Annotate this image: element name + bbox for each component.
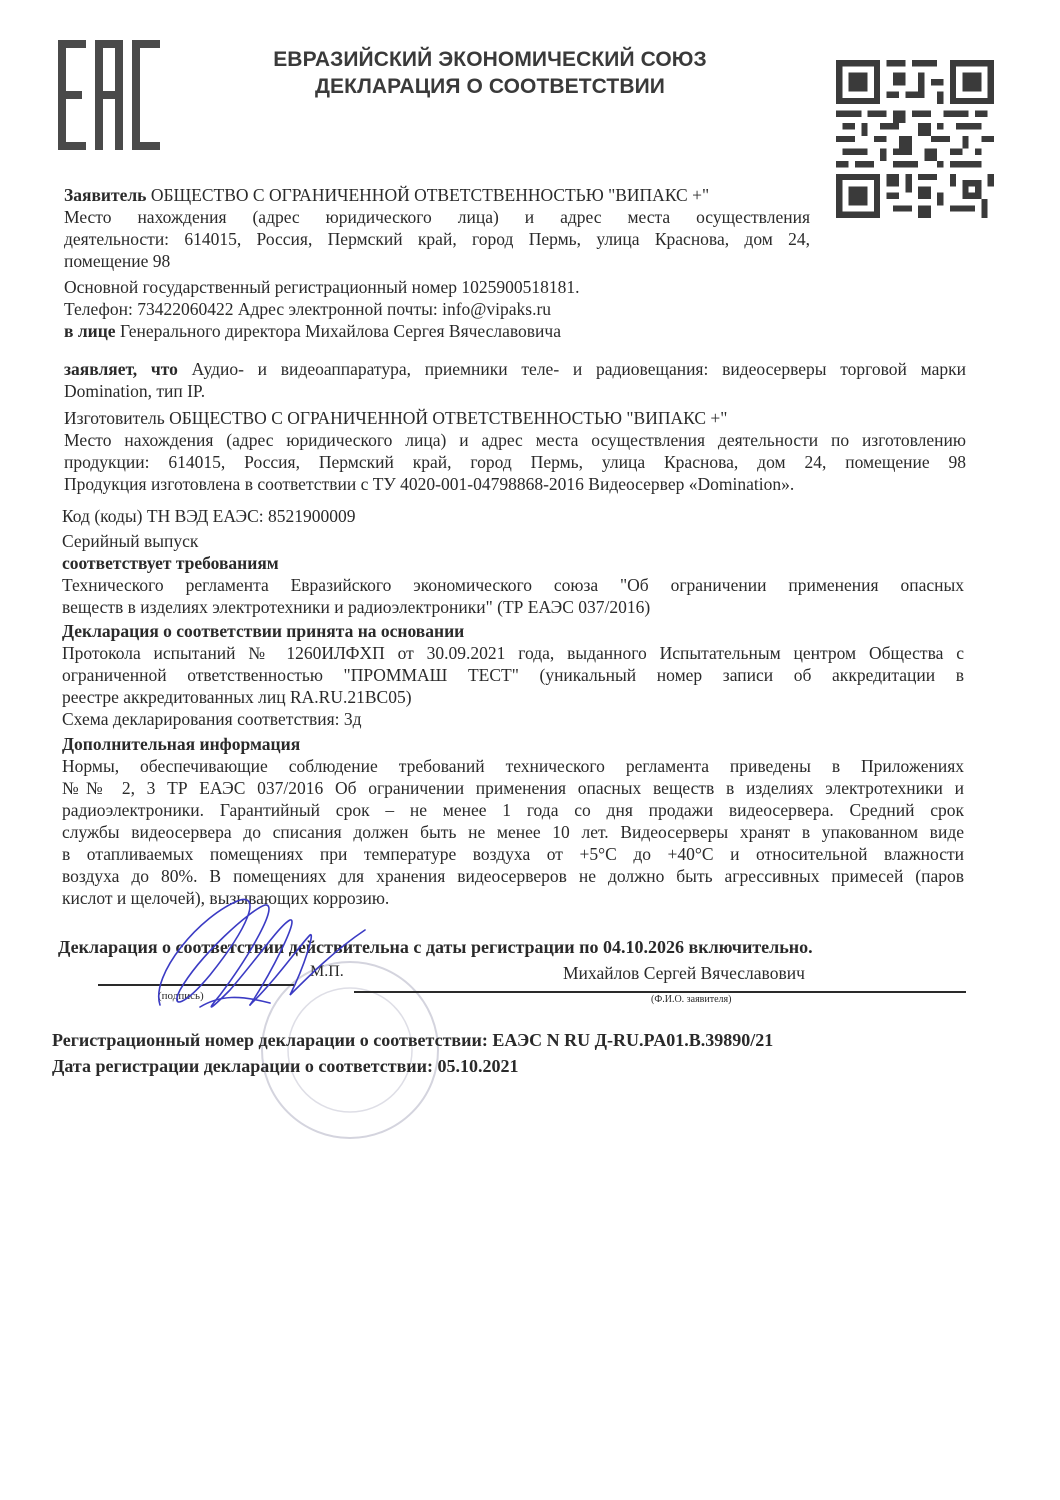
declares-section: заявляет, что Аудио- и видеоаппаратура, … <box>64 358 966 495</box>
declaration-scheme: Схема декларирования соответствия: 3д <box>62 708 964 730</box>
signature-icon <box>140 895 370 1015</box>
additional-line: Нормы, обеспечивающие соблюдение требова… <box>62 755 964 777</box>
declares-line1: заявляет, что Аудио- и видеоаппаратура, … <box>64 358 966 380</box>
applicant-name: ОБЩЕСТВО С ОГРАНИЧЕННОЙ ОТВЕТСТВЕННОСТЬЮ… <box>151 185 709 205</box>
applicant-section: Заявитель ОБЩЕСТВО С ОГРАНИЧЕННОЙ ОТВЕТС… <box>64 184 810 342</box>
name-caption: (Ф.И.О. заявителя) <box>651 994 731 1005</box>
signer-name: Михайлов Сергей Вячеславович <box>563 963 805 984</box>
applicant-name-line: Заявитель ОБЩЕСТВО С ОГРАНИЧЕННОЙ ОТВЕТС… <box>64 184 810 206</box>
requirements-line2: веществ в изделиях электротехники и ради… <box>62 596 964 618</box>
applicant-address-line2: деятельности: 614015, Россия, Пермский к… <box>64 228 810 250</box>
tnved-code: Код (коды) ТН ВЭД ЕАЭС: 8521900009 <box>62 505 964 527</box>
represented-label: в лице <box>64 321 116 341</box>
applicant-ogrn: Основной государственный регистрационный… <box>64 276 810 298</box>
union-title: ЕВРАЗИЙСКИЙ ЭКОНОМИЧЕСКИЙ СОЮЗ <box>240 46 740 73</box>
basis-line1: Протокола испытаний № 1260ИЛФХП от 30.09… <box>62 642 964 664</box>
requirements-line1: Технического регламента Евразийского эко… <box>62 574 964 596</box>
basis-line3: реестре аккредитованных лиц RA.RU.21ВС05… <box>62 686 964 708</box>
product-line2: Domination, тип IP. <box>64 380 966 402</box>
declaration-title: ДЕКЛАРАЦИЯ О СООТВЕТСТВИИ <box>240 73 740 100</box>
applicant-represented-line: в лице Генерального директора Михайлова … <box>64 320 810 342</box>
requirements-heading: соответствует требованиям <box>62 552 964 574</box>
name-line <box>354 991 966 993</box>
registration-section: Регистрационный номер декларации о соотв… <box>52 1027 773 1079</box>
document-header: ЕВРАЗИЙСКИЙ ЭКОНОМИЧЕСКИЙ СОЮЗ ДЕКЛАРАЦИ… <box>240 46 740 100</box>
basis-line2: ограниченной ответственностью "ПРОММАШ Т… <box>62 664 964 686</box>
basis-heading: Декларация о соответствии принята на осн… <box>62 620 964 642</box>
manufacturer-address-line2: продукции: 614015, Россия, Пермский край… <box>64 451 966 473</box>
applicant-address-line1: Место нахождения (адрес юридического лиц… <box>64 206 810 228</box>
manufacturer-address-line1: Место нахождения (адрес юридического лиц… <box>64 429 966 451</box>
release-type: Серийный выпуск <box>62 530 964 552</box>
qr-code-icon[interactable] <box>836 60 994 218</box>
applicant-address-line3: помещение 98 <box>64 250 810 272</box>
manufacturer-spec: Продукция изготовлена в соответствии с Т… <box>64 473 966 495</box>
requirements-section: Код (коды) ТН ВЭД ЕАЭС: 8521900009 Серий… <box>62 505 964 909</box>
additional-line: радиоэлектроники. Гарантийный срок – не … <box>62 799 964 821</box>
registration-number: Регистрационный номер декларации о соотв… <box>52 1027 773 1053</box>
product-line1: Аудио- и видеоаппаратура, приемники теле… <box>192 359 966 379</box>
declares-label: заявляет, что <box>64 359 178 379</box>
additional-heading: Дополнительная информация <box>62 733 964 755</box>
additional-line: воздуха до 80%. В помещениях для хранени… <box>62 865 964 887</box>
additional-line: в отапливаемых помещениях при температур… <box>62 843 964 865</box>
applicant-label: Заявитель <box>64 185 146 205</box>
registration-date: Дата регистрации декларации о соответств… <box>52 1053 773 1079</box>
additional-line: №№ 2, 3 ТР ЕАЭС 037/2016 Об ограничении … <box>62 777 964 799</box>
manufacturer-line: Изготовитель ОБЩЕСТВО С ОГРАНИЧЕННОЙ ОТВ… <box>64 407 966 429</box>
additional-line: службы видеосервера до списания должен б… <box>62 821 964 843</box>
represented-by: Генерального директора Михайлова Сергея … <box>120 321 561 341</box>
eac-logo-icon <box>58 40 160 150</box>
applicant-contacts: Телефон: 73422060422 Адрес электронной п… <box>64 298 810 320</box>
